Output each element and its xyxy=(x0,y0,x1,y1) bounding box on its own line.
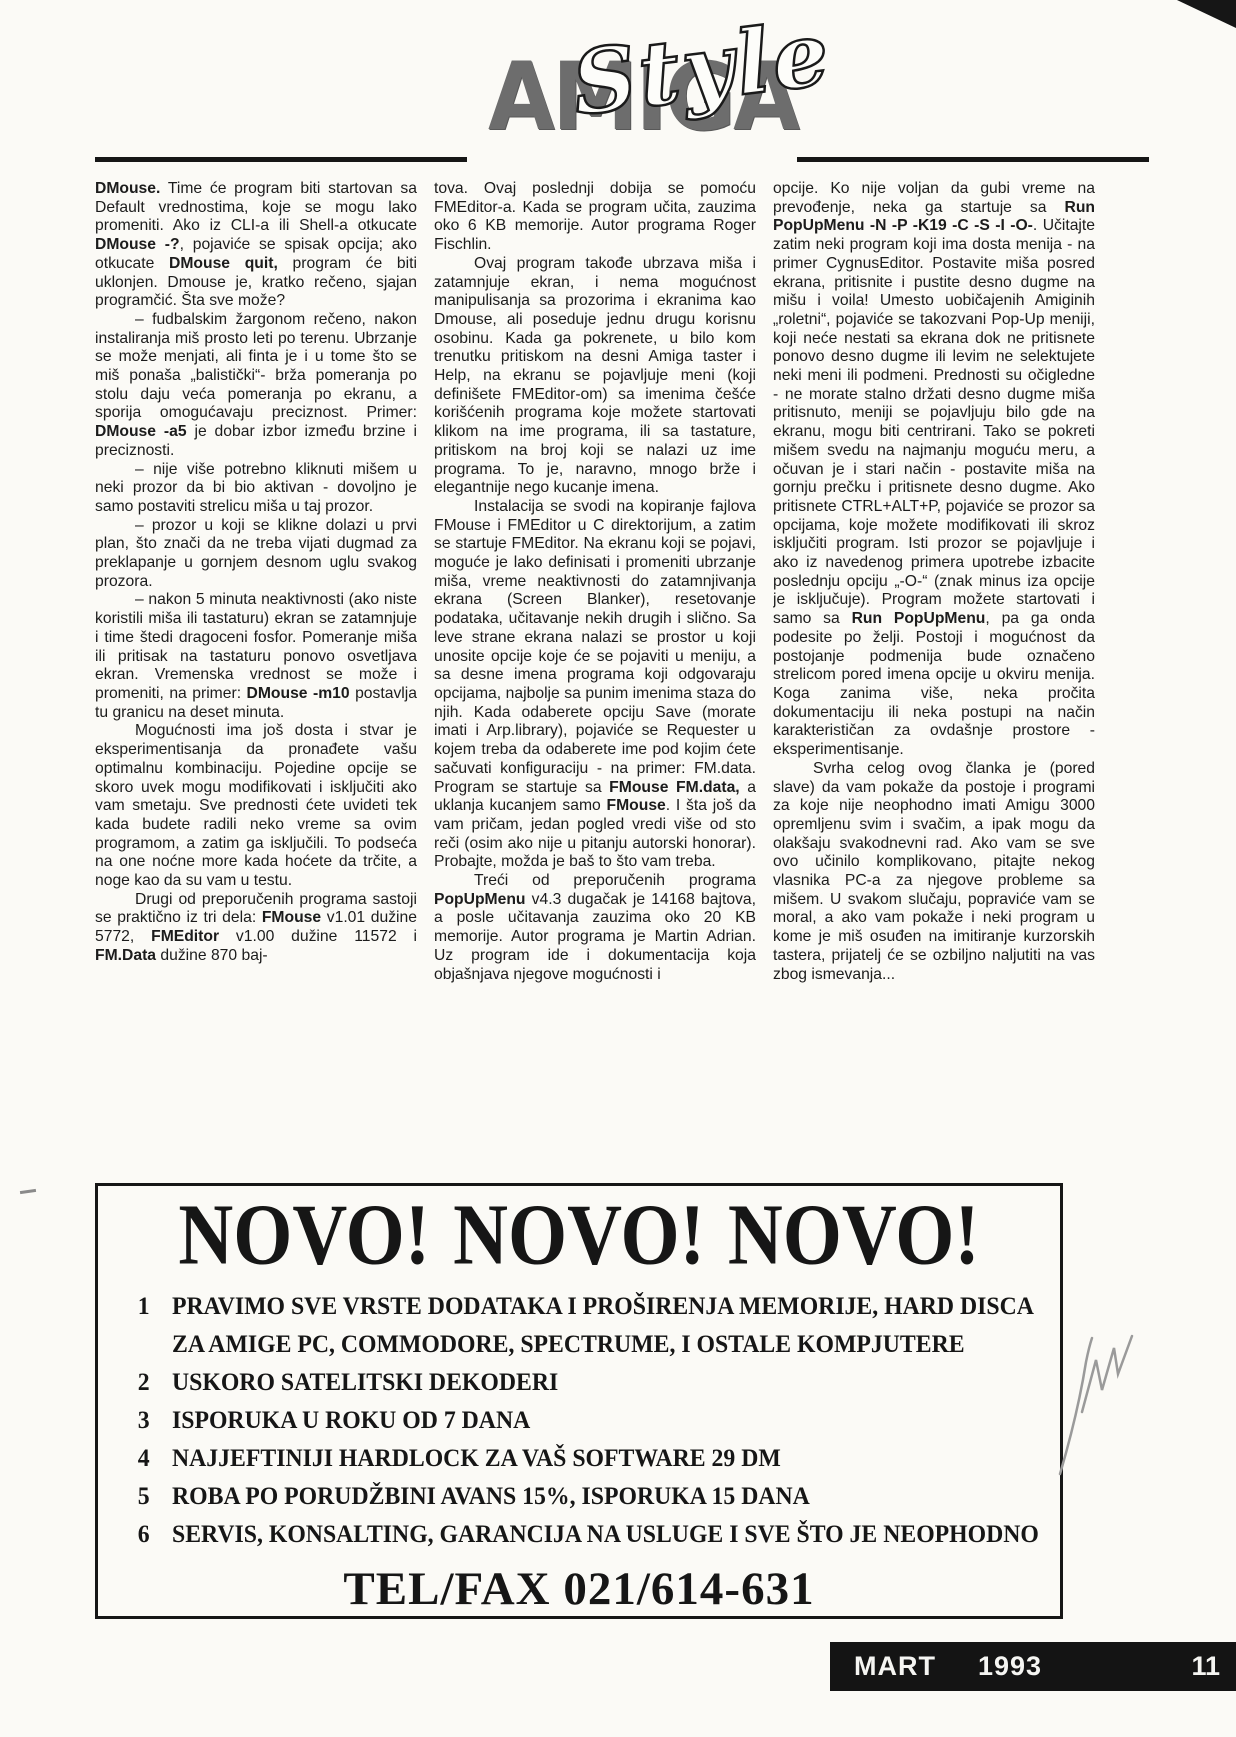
bold-text: FMouse xyxy=(607,797,666,814)
bold-text: DMouse quit, xyxy=(169,255,278,272)
article-paragraph: Drugi od preporučenih programa sastoji s… xyxy=(95,891,417,966)
article-column-2: tova. Ovaj poslednji dobija se pomoću FM… xyxy=(434,180,756,1075)
ad-item-text: NAJJEFTINIJI HARDLOCK ZA VAŠ SOFTWARE 29… xyxy=(172,1445,781,1472)
body-text: Svrha celog ovog članka je (pored slave)… xyxy=(773,760,1095,983)
body-text: – nije više potrebno kliknuti mišem u ne… xyxy=(95,461,417,515)
ad-list: 1PRAVIMO SVE VRSTE DODATAKA I PROŠIRENJA… xyxy=(134,1288,1044,1554)
body-text: tova. Ovaj poslednji dobija se pomoću FM… xyxy=(434,180,756,253)
article-paragraph: Svrha celog ovog članka je (pored slave)… xyxy=(773,760,1095,984)
ad-item-number: 4 xyxy=(138,1440,150,1478)
footer-month: MART xyxy=(854,1651,936,1682)
ad-item-number: 1 xyxy=(138,1288,150,1326)
body-text: v1.00 dužine 11572 i xyxy=(219,928,417,945)
bold-text: Run PopUpMenu xyxy=(852,610,986,627)
magazine-page: AMIGA Style DMouse. Time će program biti… xyxy=(0,0,1236,1737)
article-paragraph: Ovaj program takođe ubrzava miša i zatam… xyxy=(434,255,756,498)
ad-item-number: 3 xyxy=(138,1402,150,1440)
body-text: Treći od preporučenih programa xyxy=(474,872,756,889)
bold-text: DMouse -a5 xyxy=(95,423,187,440)
article-column-3: opcije. Ko nije voljan da gubi vreme na … xyxy=(773,180,1095,1075)
ad-headline: NOVO! NOVO! NOVO! xyxy=(98,1194,1060,1276)
bold-text: DMouse -m10 xyxy=(247,685,350,702)
article-column-1: DMouse. Time će program biti startovan s… xyxy=(95,180,417,1075)
body-text: . Učitajte zatim neki program koji ima d… xyxy=(773,217,1095,627)
article-paragraph: Instalacija se svodi na kopiranje fajlov… xyxy=(434,498,756,872)
ad-list-item: 1PRAVIMO SVE VRSTE DODATAKA I PROŠIRENJA… xyxy=(134,1288,999,1364)
pen-dash-mark xyxy=(20,1189,36,1194)
body-text: , pa ga onda podesite po želji. Postoji … xyxy=(773,610,1095,758)
article-paragraph: – nakon 5 minuta neaktivnosti (ako niste… xyxy=(95,591,417,722)
bold-text: FM.Data xyxy=(95,947,156,964)
advertisement: NOVO! NOVO! NOVO! 1PRAVIMO SVE VRSTE DOD… xyxy=(95,1183,1063,1619)
ad-item-text: ISPORUKA U ROKU OD 7 DANA xyxy=(172,1407,530,1434)
bold-text: DMouse. xyxy=(95,180,160,197)
ad-list-item: 3ISPORUKA U ROKU OD 7 DANA xyxy=(134,1402,999,1440)
article-paragraph: Treći od preporučenih programa PopUpMenu… xyxy=(434,872,756,984)
ad-item-number: 5 xyxy=(138,1478,150,1516)
ad-item-text: USKORO SATELITSKI DEKODERI xyxy=(172,1369,558,1396)
body-text: opcije. Ko nije voljan da gubi vreme na … xyxy=(773,180,1095,216)
body-text: Ovaj program takođe ubrzava miša i zatam… xyxy=(434,255,756,496)
ad-item-text: ROBA PO PORUDŽBINI AVANS 15%, ISPORUKA 1… xyxy=(172,1483,810,1510)
body-text: dužine 870 baj- xyxy=(156,947,268,964)
ad-list-item: 6SERVIS, KONSALTING, GARANCIJA NA USLUGE… xyxy=(134,1516,999,1554)
ad-list-item: 2USKORO SATELITSKI DEKODERI xyxy=(134,1364,999,1402)
header-rule-right xyxy=(797,157,1149,162)
article-paragraph: – fudbalskim žargonom rečeno, nakon inst… xyxy=(95,311,417,461)
header-rule-left xyxy=(95,157,467,162)
article-paragraph: – nije više potrebno kliknuti mišem u ne… xyxy=(95,461,417,517)
ad-list-item: 5ROBA PO PORUDŽBINI AVANS 15%, ISPORUKA … xyxy=(134,1478,999,1516)
bold-text: PopUpMenu xyxy=(434,891,526,908)
bold-text: FMouse xyxy=(262,909,321,926)
page-number: 11 xyxy=(1191,1651,1220,1682)
ad-item-text: SERVIS, KONSALTING, GARANCIJA NA USLUGE … xyxy=(172,1521,1039,1548)
article-paragraph: opcije. Ko nije voljan da gubi vreme na … xyxy=(773,180,1095,760)
body-text: Mogućnosti ima još dosta i stvar je eksp… xyxy=(95,722,417,889)
bold-text: FMEditor xyxy=(151,928,219,945)
footer-year: 1993 xyxy=(978,1651,1042,1682)
article-paragraph: tova. Ovaj poslednji dobija se pomoću FM… xyxy=(434,180,756,255)
bold-text: DMouse -? xyxy=(95,236,180,253)
body-text: Instalacija se svodi na kopiranje fajlov… xyxy=(434,498,756,796)
article-paragraph: Mogućnosti ima još dosta i stvar je eksp… xyxy=(95,722,417,890)
article: DMouse. Time će program biti startovan s… xyxy=(95,180,1095,1075)
scan-artifact xyxy=(1154,0,1236,28)
body-text: – fudbalskim žargonom rečeno, nakon inst… xyxy=(95,311,417,422)
page-footer: MART 1993 11 xyxy=(830,1642,1236,1691)
ad-item-number: 6 xyxy=(138,1516,150,1554)
article-paragraph: – prozor u koji se klikne dolazi u prvi … xyxy=(95,517,417,592)
handwritten-mark xyxy=(1052,1316,1144,1480)
ad-item-number: 2 xyxy=(138,1364,150,1402)
body-text: – prozor u koji se klikne dolazi u prvi … xyxy=(95,517,417,590)
ad-item-text: PRAVIMO SVE VRSTE DODATAKA I PROŠIRENJA … xyxy=(172,1293,1034,1358)
ad-phone: TEL/FAX 021/614-631 xyxy=(98,1564,1060,1614)
bold-text: FMouse FM.data, xyxy=(609,779,740,796)
ad-list-item: 4NAJJEFTINIJI HARDLOCK ZA VAŠ SOFTWARE 2… xyxy=(134,1440,999,1478)
article-paragraph: DMouse. Time će program biti startovan s… xyxy=(95,180,417,311)
